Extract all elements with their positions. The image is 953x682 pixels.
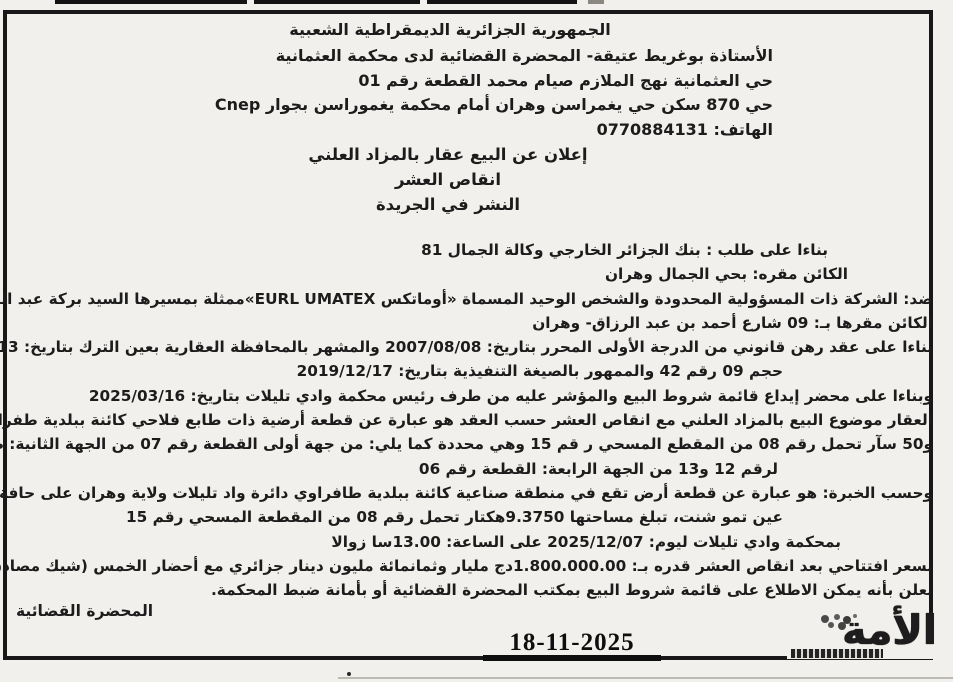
body-line: الكائن مقره: بحي الجمال وهران — [8, 262, 933, 286]
alumma-newspaper-logo: الأمة — [787, 613, 937, 659]
body-line: وبناءا على محضر إيداع قائمة شروط البيع و… — [8, 384, 933, 408]
scan-edge-artifact — [338, 677, 953, 679]
body-line: بناءا على عقد رهن قانوني من الدرجة الأول… — [8, 335, 933, 359]
body-line: بسعر افتتاحي بعد انقاص العشر قدره بـ: 1.… — [8, 554, 933, 578]
bailiff-phone-line: الهاتف: 0770884131 — [153, 118, 773, 143]
notice-title-line2: انقاص العشر — [248, 167, 648, 192]
body-line: نعلن بأنه يمكن الاطلاع على قائمة شروط ال… — [8, 578, 933, 602]
scan-speck — [347, 672, 351, 676]
body-line: حجم 09 رقم 42 والممهور بالصيغة التنفيذية… — [8, 359, 933, 383]
body-line: عين تمو شنت، تبلغ مساحتها 9.3750هكتار تح… — [8, 505, 933, 529]
scan-edge-artifact — [55, 0, 247, 4]
body-line: لرقم 12 و13 من الجهة الرابعة: القطعة رقم… — [8, 457, 933, 481]
republic-heading: الجمهورية الجزائرية الديمقراطية الشعبية — [250, 20, 650, 39]
body-line: الكائن مقرها بـ: 09 شارع أحمد بن عبد الر… — [8, 311, 933, 335]
body-line: بناءا على طلب : بنك الجزائر الخارجي وكال… — [8, 238, 933, 262]
bailiff-name-line: الأستاذة بوغريط عتيقة- المحضرة القضائية … — [153, 44, 773, 69]
notice-body: بناءا على طلب : بنك الجزائر الخارجي وكال… — [8, 238, 933, 602]
notice-title-line3: النشر في الجريدة — [248, 192, 648, 217]
body-line: وحسب الخبرة: هو عبارة عن قطعة أرض تقع في… — [8, 481, 933, 505]
logo-tagline-banner — [791, 649, 883, 658]
body-line: و50 سآر تحمل رقم 08 من المقطع المسحي ر ق… — [8, 432, 933, 456]
scan-edge-artifact — [427, 0, 577, 4]
publication-date: 18-11-2025 — [483, 630, 661, 661]
bailiff-address-line1: حي العثمانية نهج الملازم صيام محمد القطع… — [153, 69, 773, 94]
body-line: ضد: الشركة ذات المسؤولية المحدودة والشخص… — [8, 287, 933, 311]
notice-title-line1: إعلان عن البيع عقار بالمزاد العلني — [248, 142, 648, 167]
bailiff-signature: المحضرة القضائية — [16, 602, 153, 620]
scan-edge-artifact — [254, 0, 420, 4]
body-line: بمحكمة وادي تليلات ليوم: 2025/12/07 على … — [8, 530, 933, 554]
bailiff-header-block: الأستاذة بوغريط عتيقة- المحضرة القضائية … — [153, 44, 773, 142]
notice-title-block: إعلان عن البيع عقار بالمزاد العلني انقاص… — [248, 142, 648, 217]
logo-wordmark: الأمة — [842, 607, 937, 653]
scanned-legal-notice-page: الجمهورية الجزائرية الديمقراطية الشعبية … — [0, 0, 953, 682]
bailiff-address-line2: حي 870 سكن حي يغمراسن وهران أمام محكمة ي… — [153, 93, 773, 118]
scan-edge-artifact — [588, 0, 604, 4]
body-line: العقار موضوع البيع بالمزاد العلني مع انق… — [8, 408, 933, 432]
logo-globe-icon — [821, 615, 829, 623]
